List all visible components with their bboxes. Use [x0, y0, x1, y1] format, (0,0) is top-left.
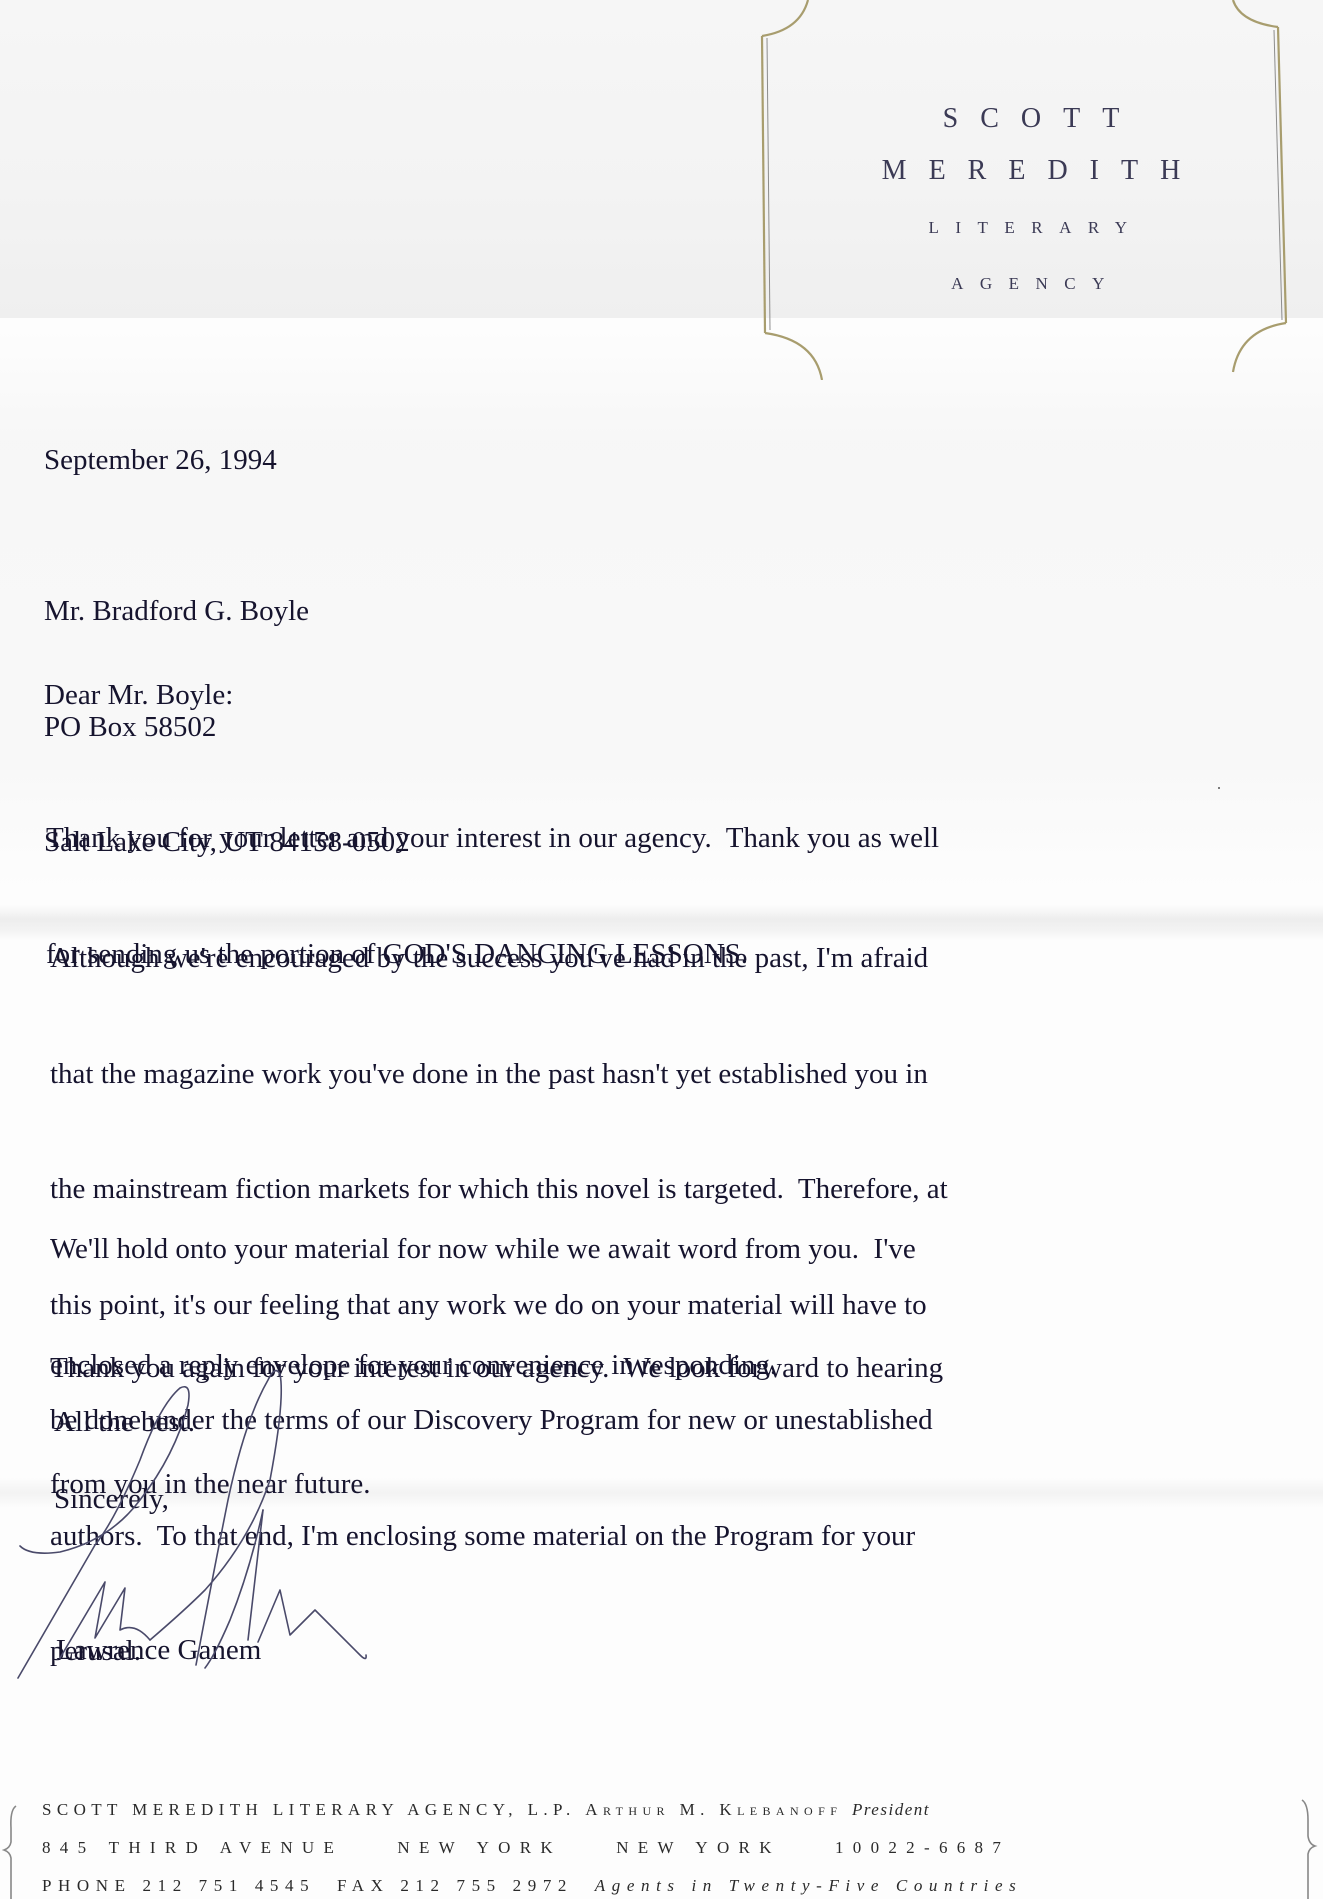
- paragraph-line: that the magazine work you've done in th…: [50, 1055, 948, 1094]
- footer-fax: FAX 212 755 2972: [337, 1876, 573, 1895]
- left-brace-ornament: [2, 1780, 32, 1899]
- paragraph-line: from you in the near future.: [50, 1465, 943, 1504]
- paragraph-line: We'll hold onto your material for now wh…: [50, 1230, 916, 1269]
- closing-all-the-best: All the best.: [54, 1403, 195, 1442]
- letterhead-line-scott: SCOTT: [770, 103, 1292, 135]
- letterhead: SCOTT MEREDITH LITERARY AGENCY: [770, 0, 1270, 380]
- right-brace-ornament: [1300, 1780, 1323, 1899]
- paragraph-line: Thank you for your letter and your inter…: [46, 819, 939, 858]
- footer-phone: PHONE 212 751 4545: [42, 1876, 315, 1895]
- letterhead-line-literary: LITERARY: [770, 218, 1286, 238]
- letter-date: September 26, 1994: [44, 441, 277, 480]
- footer-line-address: 845 THIRD AVENUE NEW YORK NEW YORK 10022…: [42, 1838, 1010, 1858]
- footer-president-name: Arthur M. Klebanoff: [585, 1800, 842, 1819]
- footer-agency-name: SCOTT MEREDITH LITERARY AGENCY, L.P.: [42, 1800, 576, 1819]
- letterhead-line-meredith: MEREDITH: [770, 155, 1292, 187]
- footer-line-contact: PHONE 212 751 4545 FAX 212 755 2972 Agen…: [42, 1876, 1022, 1896]
- footer-zip: 10022-6687: [835, 1838, 1010, 1857]
- letterhead-line-agency: AGENCY: [770, 274, 1286, 294]
- closing-sincerely: Sincerely,: [54, 1480, 169, 1519]
- footer-president-title: President: [852, 1800, 930, 1819]
- signer-name: Lawrence Ganem: [56, 1631, 261, 1670]
- letterhead-footer: SCOTT MEREDITH LITERARY AGENCY, L.P. Art…: [0, 1780, 1323, 1899]
- salutation: Dear Mr. Boyle:: [44, 676, 233, 715]
- footer-tagline: Agents in Twenty-Five Countries: [595, 1876, 1023, 1895]
- paper-speck: [1218, 787, 1220, 789]
- footer-state: NEW YORK: [616, 1838, 781, 1857]
- paragraph-line: Although we're encouraged by the success…: [50, 939, 948, 978]
- recipient-name: Mr. Bradford G. Boyle: [44, 592, 410, 631]
- footer-line-agency: SCOTT MEREDITH LITERARY AGENCY, L.P. Art…: [42, 1800, 930, 1820]
- footer-city: NEW YORK: [397, 1838, 562, 1857]
- footer-street: 845 THIRD AVENUE: [42, 1838, 343, 1857]
- paragraph-line: Thank you again for your interest in our…: [50, 1349, 943, 1388]
